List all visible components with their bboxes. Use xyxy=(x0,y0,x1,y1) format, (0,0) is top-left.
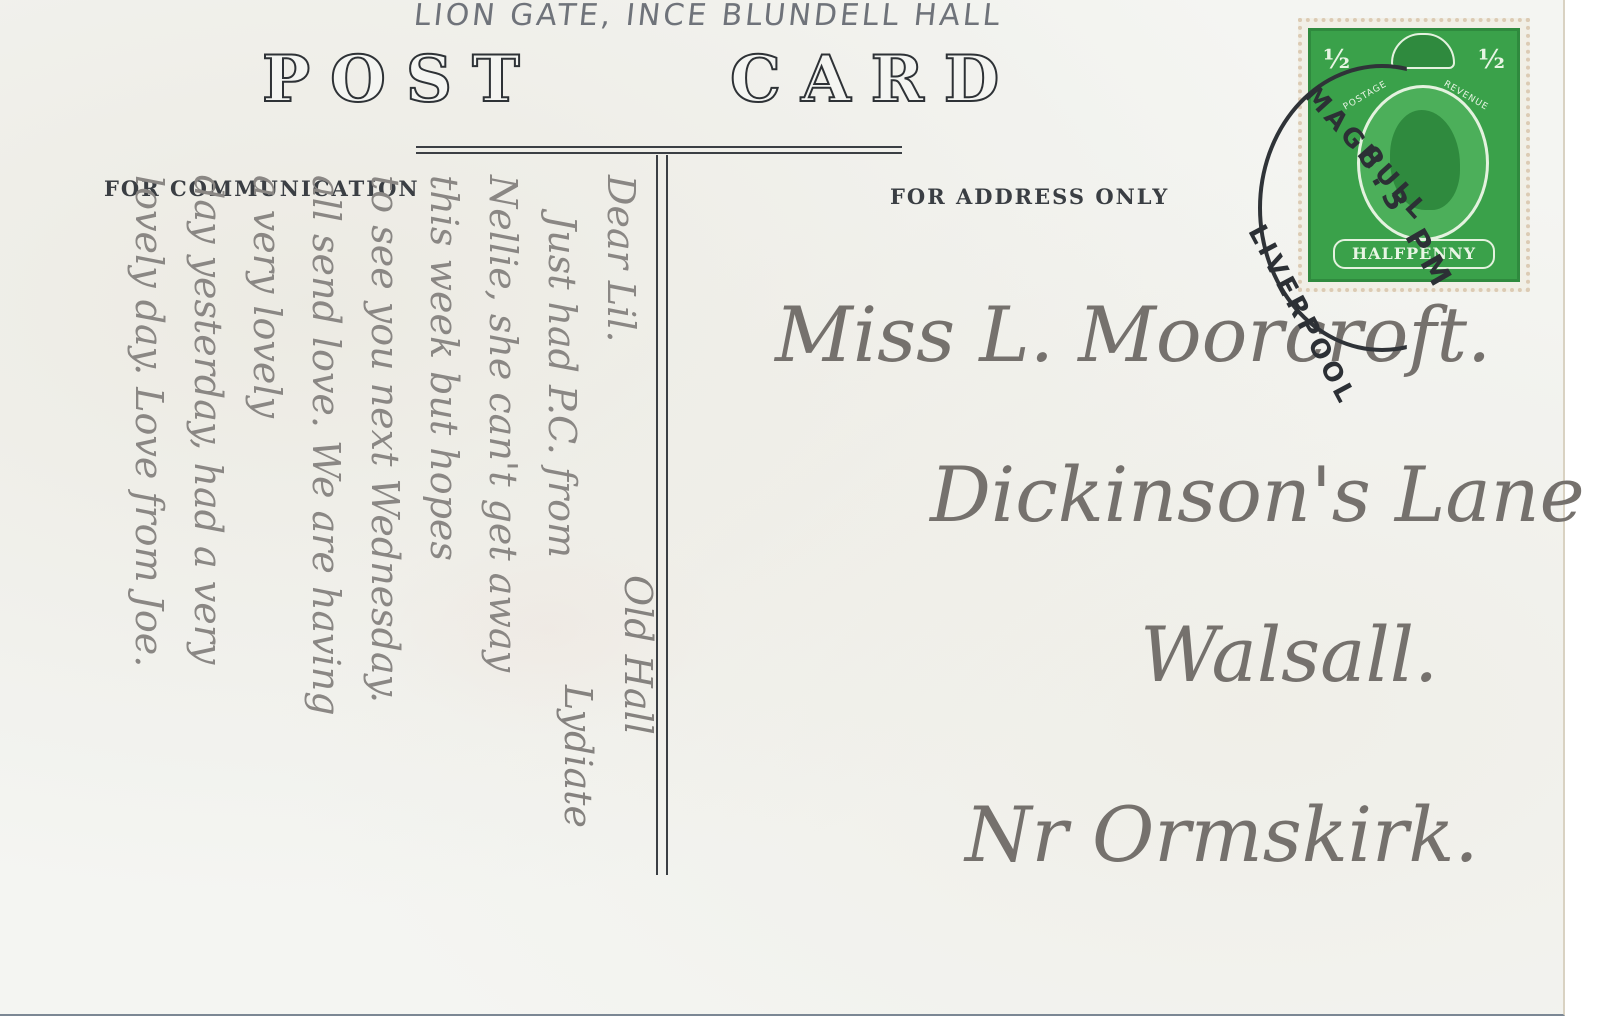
address-label: FOR ADDRESS ONLY xyxy=(890,184,1169,209)
message-line: this week but hopes xyxy=(414,175,473,995)
address-region: Nr Ormskirk. xyxy=(965,790,1479,879)
postcard-back: LION GATE, INCE BLUNDELL HALL POST CARD … xyxy=(0,0,1565,1016)
address-city: Walsall. xyxy=(1140,610,1438,699)
message-line: to see you next Wednesday. xyxy=(355,175,414,995)
message-sender-place: Old Hall xyxy=(616,575,660,735)
stamp-fraction-right: ½ xyxy=(1478,45,1505,75)
message-line: all send love. We are having xyxy=(296,175,355,995)
message-line: a very lovely xyxy=(237,175,296,995)
handwritten-message: Dear Lil. Just had P.C. from Nellie, she… xyxy=(10,175,650,955)
title-post: POST xyxy=(262,42,540,117)
message-line: Just had P.C. from xyxy=(532,175,591,995)
message-line: day yesterday, had a very xyxy=(178,175,237,995)
pencil-caption: LION GATE, INCE BLUNDELL HALL xyxy=(412,0,1004,33)
message-line: lovely day. Love from Joe. xyxy=(119,175,178,995)
crown-icon xyxy=(1391,33,1455,69)
message-sender-town: Lydiate xyxy=(556,685,600,828)
vertical-divider xyxy=(656,155,668,875)
address-street: Dickinson's Lane xyxy=(930,450,1585,539)
message-line: Nellie, she can't get away xyxy=(473,175,532,995)
horizontal-divider xyxy=(416,146,902,154)
title-card: CARD xyxy=(730,42,1019,117)
